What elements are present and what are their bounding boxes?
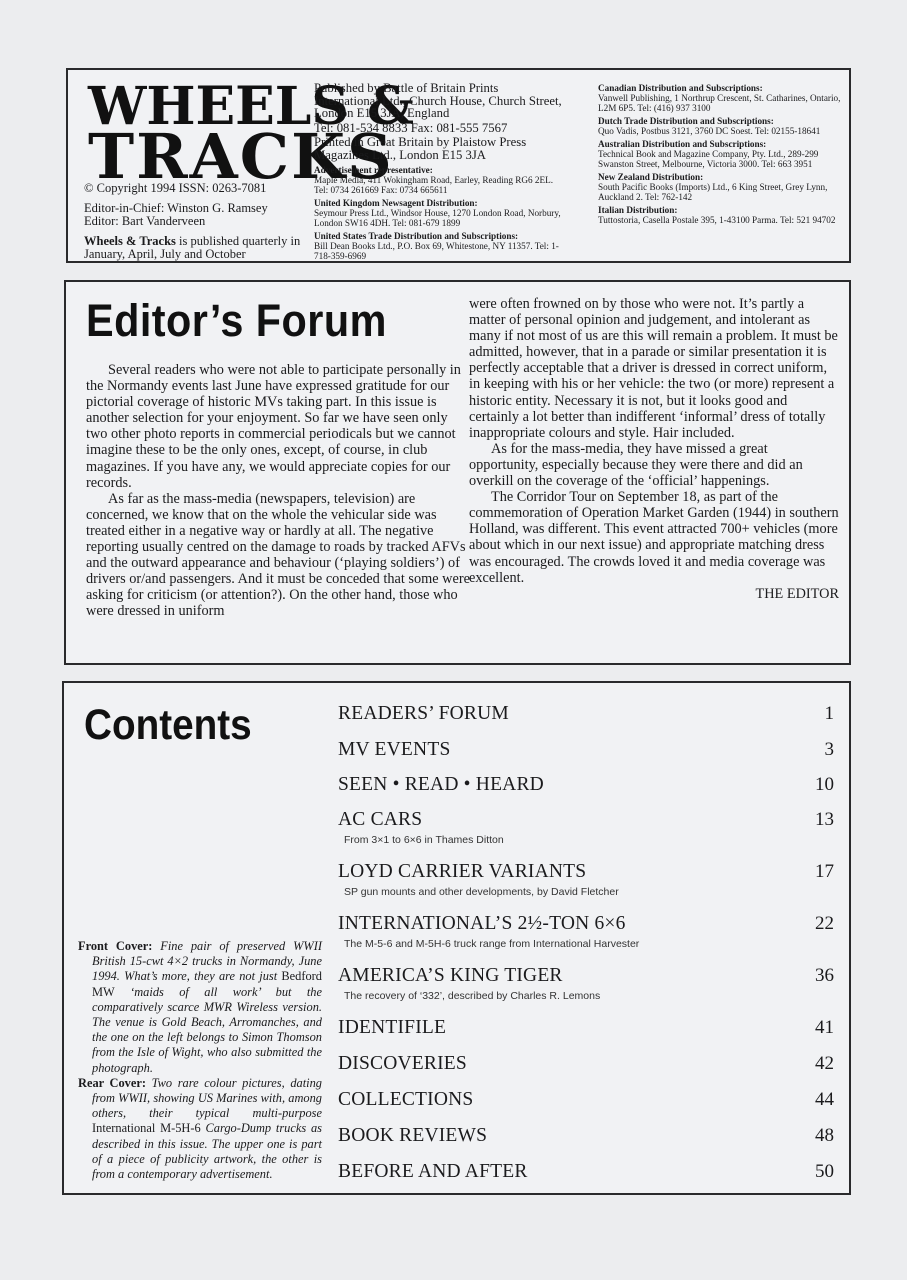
publisher-tel: Tel: 081-534 8833 Fax: 081-555 7567 [314, 122, 566, 135]
toc-item-loyd-carrier-variants[interactable]: LOYD CARRIER VARIANTS SP gun mounts and … [338, 861, 834, 898]
toc-page-number: 41 [815, 1017, 834, 1039]
forum-paragraph: were often frowned on by those who were … [469, 296, 839, 441]
toc-page-number: 48 [815, 1125, 834, 1147]
editor: Editor: Bart Vanderveen [84, 214, 205, 228]
toc-subtitle: The M-5-6 and M-5H-6 truck range from In… [344, 938, 834, 950]
publisher-address: Published by Battle of Britain Prints In… [314, 82, 566, 120]
distributor-australia: Australian Distribution and Subscription… [598, 139, 848, 169]
editor-in-chief: Editor-in-Chief: Winston G. Ramsey [84, 201, 268, 215]
contact-us-distribution: United States Trade Distribution and Sub… [314, 231, 566, 261]
contact-advertising: Advertisement representative: Maple Medi… [314, 165, 566, 195]
toc-item-identifile[interactable]: IDENTIFILE 41 [338, 1017, 834, 1039]
toc-page-number: 36 [815, 965, 834, 987]
toc-item-americas-king-tiger[interactable]: AMERICA’S KING TIGER The recovery of ‘33… [338, 965, 834, 1002]
toc-page-number: 42 [815, 1053, 834, 1075]
distributor-canada: Canadian Distribution and Subscriptions:… [598, 83, 848, 113]
forum-column-left: Several readers who were not able to par… [86, 362, 471, 620]
distributors-list: Canadian Distribution and Subscriptions:… [598, 83, 848, 228]
rear-cover-caption: Rear Cover: Two rare colour pictures, da… [78, 1076, 322, 1182]
toc-item-discoveries[interactable]: DISCOVERIES 42 [338, 1053, 834, 1075]
forum-column-right: were often frowned on by those who were … [469, 296, 839, 602]
toc-page-number: 3 [825, 739, 835, 761]
toc-item-mv-events[interactable]: MV EVENTS 3 [338, 739, 834, 761]
forum-heading: Editor’s Forum [86, 296, 387, 346]
toc-subtitle: SP gun mounts and other developments, by… [344, 886, 834, 898]
toc-item-internationals-2-5-ton[interactable]: INTERNATIONAL’S 2½-TON 6×6 The M-5-6 and… [338, 913, 834, 950]
contents-box: Contents READERS’ FORUM 1 MV EVENTS 3 SE… [62, 681, 851, 1195]
masthead-credits: © Copyright 1994 ISSN: 0263-7081 Editor-… [84, 182, 324, 268]
toc-subtitle: The recovery of ‘332’, described by Char… [344, 990, 834, 1002]
toc-item-readers-forum[interactable]: READERS’ FORUM 1 [338, 703, 834, 725]
toc-page-number: 13 [815, 809, 834, 831]
forum-paragraph: As for the mass-media, they have missed … [469, 441, 839, 489]
toc-page-number: 10 [815, 774, 834, 796]
masthead-box: WHEELS & TRACKS © Copyright 1994 ISSN: 0… [66, 68, 851, 263]
front-cover-caption: Front Cover: Fine pair of preserved WWII… [78, 939, 322, 1076]
publication-name: Wheels & Tracks [84, 234, 176, 248]
distributor-new-zealand: New Zealand Distribution: South Pacific … [598, 172, 848, 202]
toc-page-number: 1 [825, 703, 835, 725]
forum-paragraph: The Corridor Tour on September 18, as pa… [469, 489, 839, 586]
copyright-line: © Copyright 1994 ISSN: 0263-7081 [84, 182, 324, 195]
toc-item-before-and-after[interactable]: BEFORE AND AFTER 50 [338, 1161, 834, 1183]
toc-subtitle: From 3×1 to 6×6 in Thames Ditton [344, 834, 834, 846]
distributor-netherlands: Dutch Trade Distribution and Subscriptio… [598, 116, 848, 136]
publisher-info: Published by Battle of Britain Prints In… [314, 82, 566, 264]
editor-signoff: THE EDITOR [469, 586, 839, 602]
contents-heading: Contents [84, 701, 252, 749]
cover-captions: Front Cover: Fine pair of preserved WWII… [78, 939, 322, 1182]
toc-item-collections[interactable]: COLLECTIONS 44 [338, 1089, 834, 1111]
toc-item-book-reviews[interactable]: BOOK REVIEWS 48 [338, 1125, 834, 1147]
toc-page-number: 44 [815, 1089, 834, 1111]
toc-item-ac-cars[interactable]: AC CARS From 3×1 to 6×6 in Thames Ditton… [338, 809, 834, 846]
editors-forum-box: Editor’s Forum Several readers who were … [64, 280, 851, 665]
forum-paragraph: Several readers who were not able to par… [86, 362, 471, 491]
toc-item-seen-read-heard[interactable]: SEEN • READ • HEARD 10 [338, 774, 834, 796]
toc-page-number: 17 [815, 861, 834, 883]
toc-page-number: 22 [815, 913, 834, 935]
publication-schedule: Wheels & Tracks is published quarterly i… [84, 235, 324, 261]
distributor-italy: Italian Distribution: Tuttostoria, Casel… [598, 205, 848, 225]
forum-paragraph: As far as the mass-media (newspapers, te… [86, 491, 471, 620]
toc-page-number: 50 [815, 1161, 834, 1183]
contact-uk-distribution: United Kingdom Newsagent Distribution: S… [314, 198, 566, 228]
printer-info: Printed in Great Britain by Plaistow Pre… [314, 136, 566, 161]
